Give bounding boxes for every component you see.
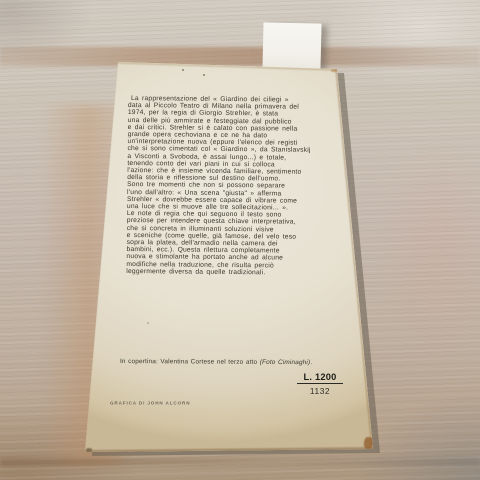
catalog-number: 1132: [297, 386, 343, 396]
graphics-credit-text: GRAFICA DI JOHN ALCORN: [110, 400, 190, 405]
price-block: L. 1200 1132: [297, 372, 343, 396]
blurb-text: La rappresentazione del « Giardino dei c…: [126, 95, 336, 277]
book-photo-scene: La rappresentazione del « Giardino dei c…: [0, 0, 480, 480]
wood-bottom-grain-streak: [0, 458, 480, 466]
speck: [203, 74, 205, 76]
blurb-line: leggermente diversa da quelle tradiziona…: [126, 268, 334, 277]
graphics-credit: GRAFICA DI JOHN ALCORN: [110, 395, 259, 413]
caption-photo-credit: (Foto Ciminaghi): [260, 359, 311, 366]
wood-dark-grain-band: [0, 47, 480, 66]
price-divider-rule: [297, 383, 343, 384]
wear-mark-top-right: [331, 69, 338, 72]
caption-text: In copertina: Valentina Cortese nel terz…: [120, 358, 260, 366]
speck: [182, 69, 184, 71]
cover-caption: In copertina: Valentina Cortese nel terz…: [120, 358, 350, 366]
caption-period: .: [310, 359, 312, 366]
speck: [147, 322, 149, 324]
wear-mark-bottom-left: [86, 448, 92, 452]
bookmark-slip: [262, 22, 321, 69]
price-label: L. 1200: [297, 372, 343, 382]
